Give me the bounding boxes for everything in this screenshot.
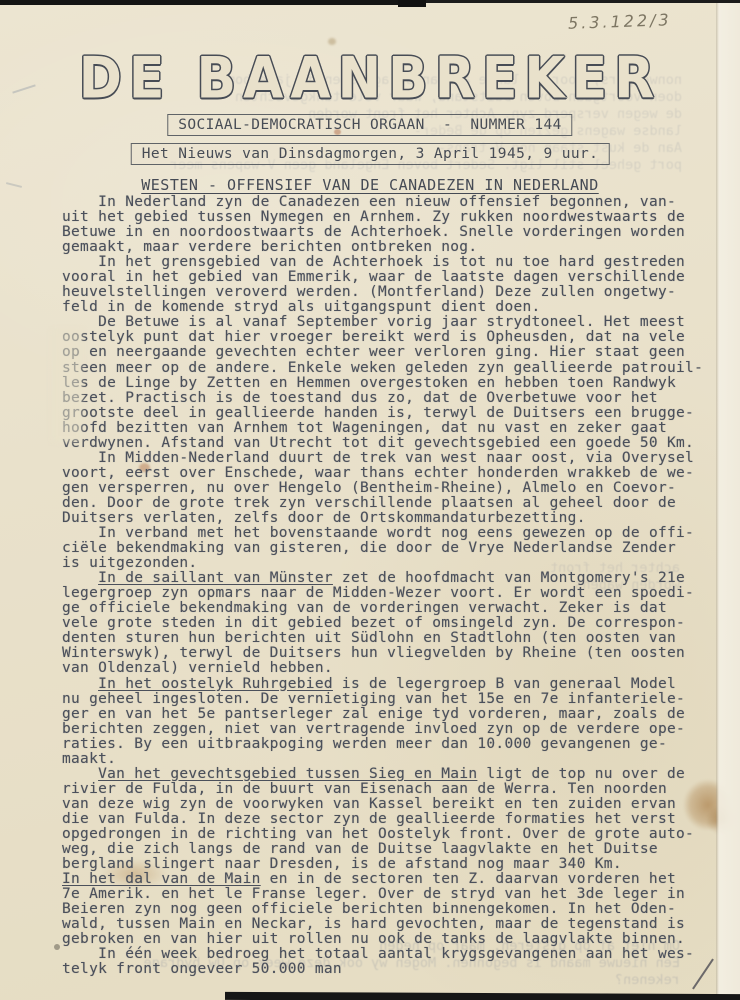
article-heading: WESTEN - OFFENSIEF VAN DE CANADEZEN IN N…: [0, 176, 740, 194]
faded-ink-area: [52, 330, 82, 442]
paragraph: In de saillant van Münster zet de hoofdm…: [62, 571, 710, 676]
paragraph: In het grensgebied van de Achterhoek is …: [62, 255, 710, 315]
handwritten-archive-number: 5.3.122/3: [568, 10, 672, 33]
scanned-newspaper-page: nonwerpers, door de lange afstands jager…: [0, 0, 740, 1000]
paragraph: In verband met het bovenstaande wordt no…: [62, 526, 710, 571]
paragraph: In Midden-Nederland duurt de trek van we…: [62, 451, 710, 526]
ink-spot: [54, 944, 60, 950]
paragraph: De Betuwe is al vanaf September vorig ja…: [62, 315, 710, 450]
scan-edge-top: [0, 0, 418, 5]
underlined-lead: In de saillant van Münster: [98, 570, 333, 586]
scan-edge-top: [418, 0, 740, 3]
scan-edge-bottom: [225, 992, 740, 1000]
paragraph: In het oostelyk Ruhrgebied is de legergr…: [62, 677, 710, 767]
underlined-lead: Van het gevechtsgebied tussen Sieg en Ma…: [98, 766, 477, 782]
scan-edge-right: [716, 0, 740, 1000]
underlined-lead: In het oostelyk Ruhrgebied: [98, 676, 333, 692]
masthead-dateline-box: Het Nieuws van Dinsdagmorgen, 3 April 19…: [131, 143, 610, 165]
paragraph: In het dal van de Main en in de sectoren…: [62, 872, 710, 947]
scan-edge-notch: [398, 0, 426, 7]
article-body: In Nederland zyn de Canadezen een nieuw …: [62, 195, 710, 977]
underlined-lead: In het dal van de Main: [62, 871, 261, 887]
ink-spot: [328, 38, 336, 45]
paragraph: Van het gevechtsgebied tussen Sieg en Ma…: [62, 767, 710, 872]
masthead-subtitle-box: SOCIAAL-DEMOCRATISCH ORGAAN - NUMMER 144: [167, 114, 572, 136]
paragraph: In één week bedroeg het totaal aantal kr…: [62, 947, 710, 977]
paragraph: In Nederland zyn de Canadezen een nieuw …: [62, 195, 710, 255]
masthead-title: DE BAANBREKER: [0, 46, 740, 112]
